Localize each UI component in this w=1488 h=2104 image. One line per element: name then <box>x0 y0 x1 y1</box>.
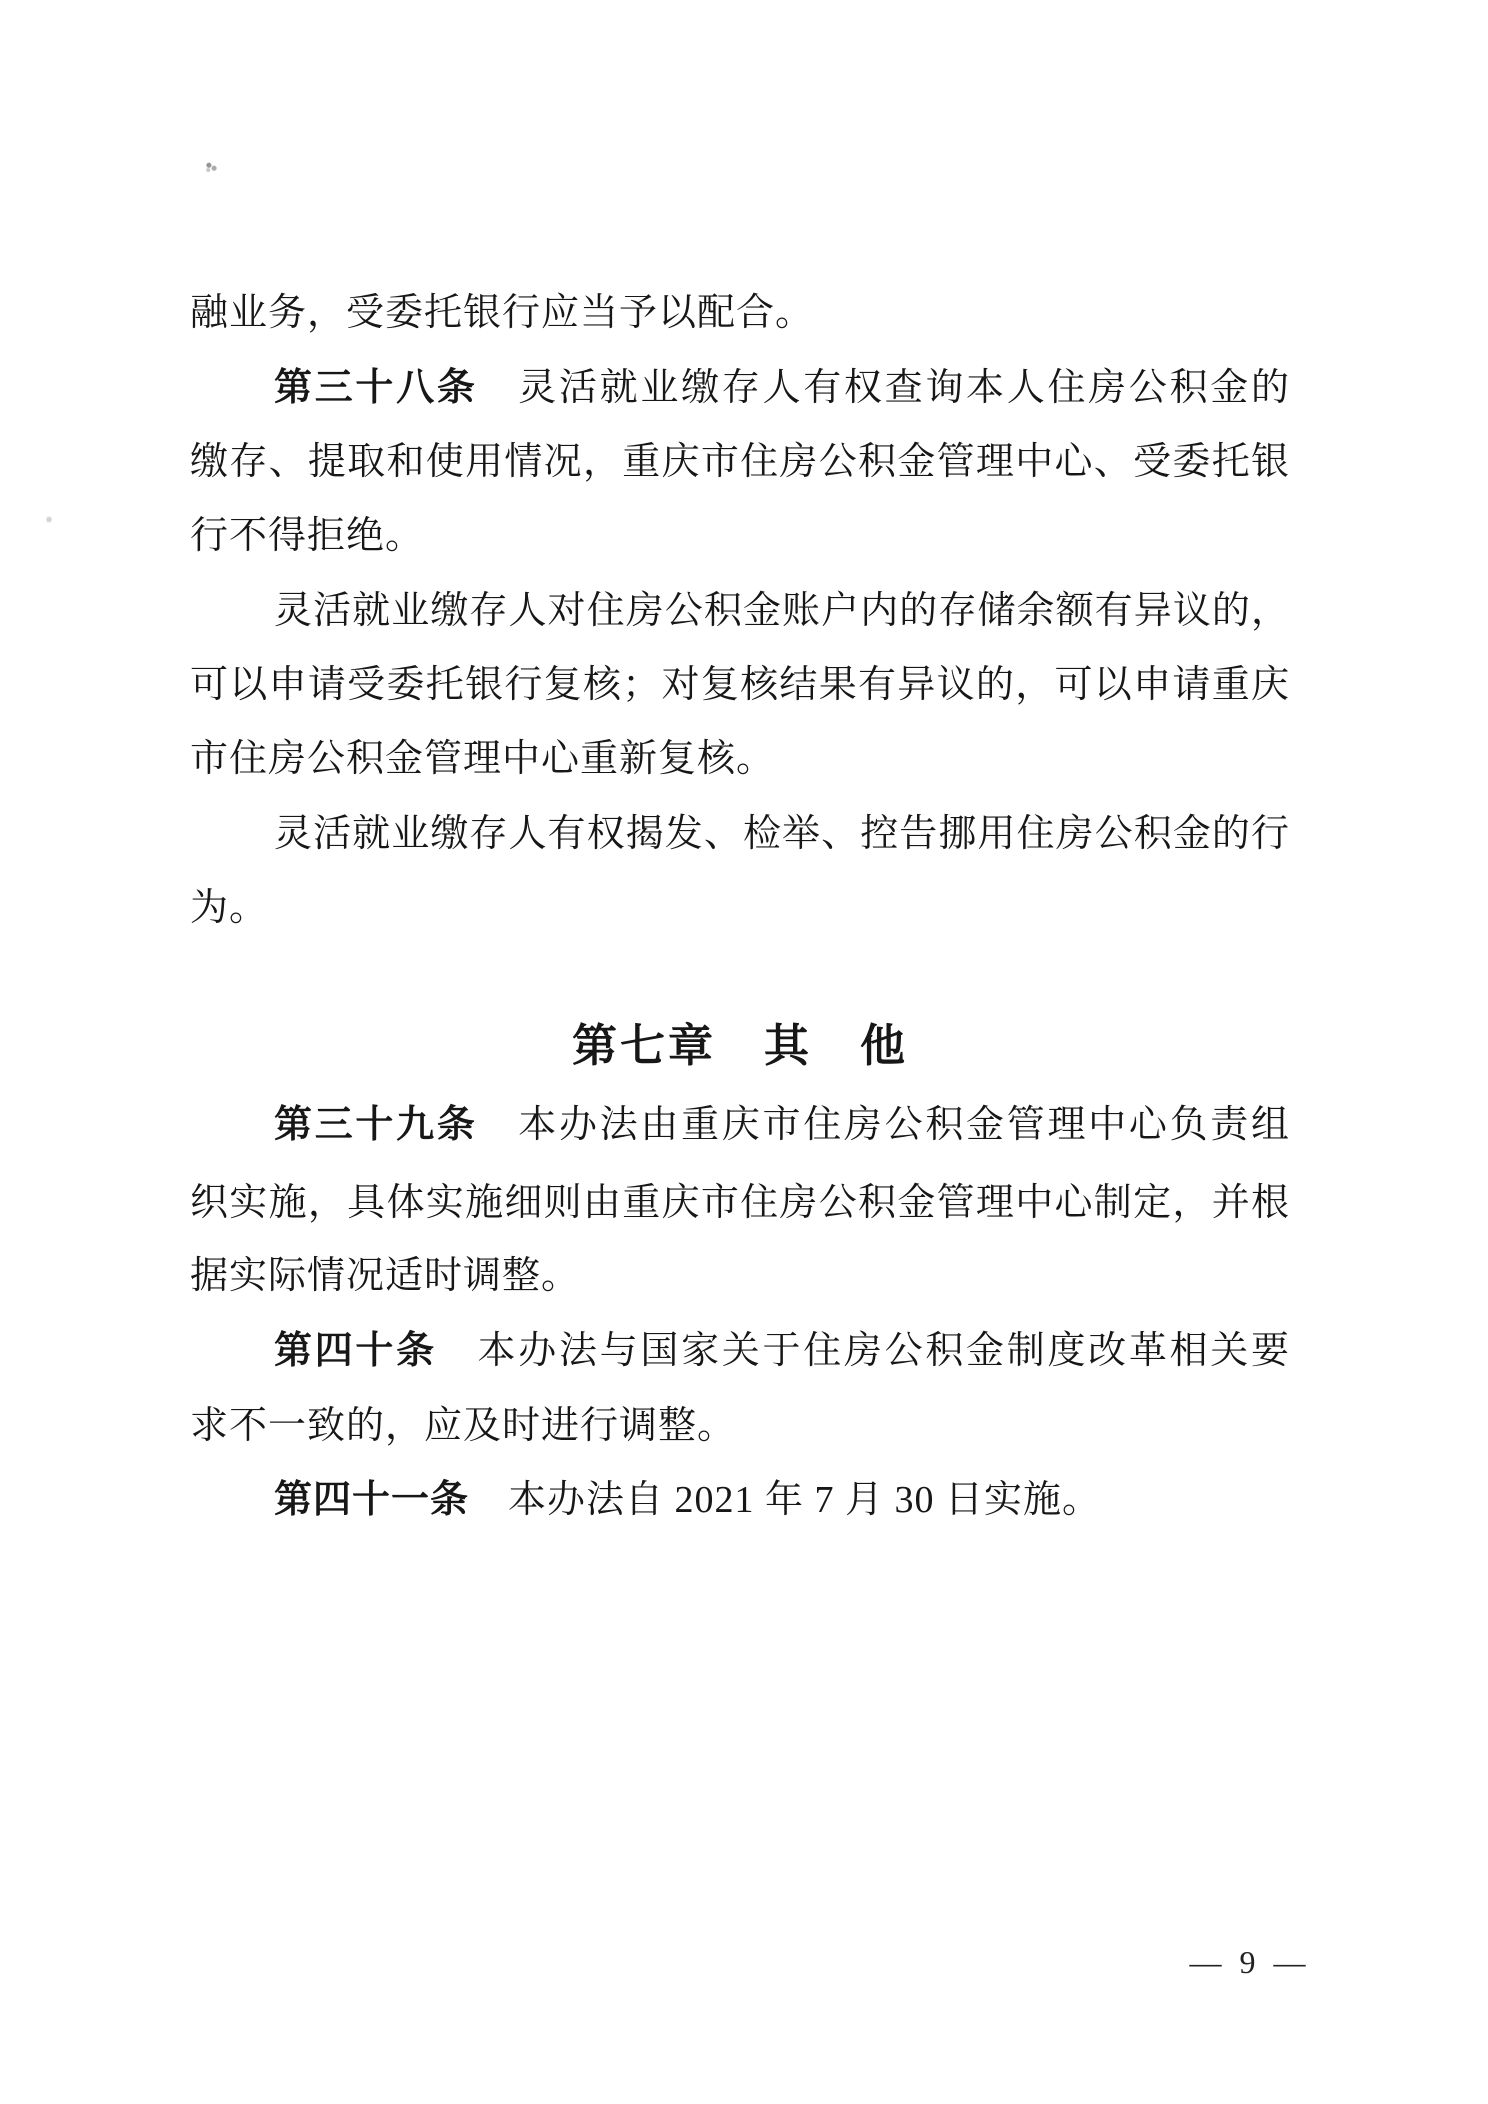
line-text: 灵活就业缴存人有权揭发、检举、控告挪用住房公积金的行 <box>274 813 1290 855</box>
paragraph-line: 第四十条 本办法与国家关于住房公积金制度改革相关要 <box>190 1325 1290 1377</box>
article-number: 第三十九条 <box>274 1104 478 1146</box>
scan-speckle <box>44 515 54 524</box>
line-text: 据实际情况适时调整。 <box>190 1255 580 1297</box>
line-text: 市住房公积金管理中心重新复核。 <box>190 738 775 780</box>
paragraph-line: 缴存、提取和使用情况，重庆市住房公积金管理中心、受委托银 <box>190 436 1290 488</box>
paragraph-line: 第三十九条 本办法由重庆市住房公积金管理中心负责组 <box>190 1099 1290 1151</box>
paragraph-line: 市住房公积金管理中心重新复核。 <box>190 733 1290 785</box>
line-text: 为。 <box>190 887 268 929</box>
line-text: 可以申请受委托银行复核；对复核结果有异议的，可以申请重庆 <box>190 664 1290 706</box>
line-text: 本办法与国家关于住房公积金制度改革相关要 <box>437 1330 1290 1372</box>
paragraph-line: 灵活就业缴存人对住房公积金账户内的存储余额有异议的， <box>190 585 1290 637</box>
line-text: 灵活就业缴存人对住房公积金账户内的存储余额有异议的， <box>274 590 1290 632</box>
paragraph-line: 第三十八条 灵活就业缴存人有权查询本人住房公积金的 <box>190 362 1290 414</box>
page-number: — 9 — <box>1150 1944 1350 1981</box>
line-text: 织实施，具体实施细则由重庆市住房公积金管理中心制定，并根 <box>190 1182 1290 1224</box>
line-text: 本办法自 2021 年 7 月 30 日实施。 <box>469 1479 1101 1521</box>
paragraph-line: 可以申请受委托银行复核；对复核结果有异议的，可以申请重庆 <box>190 659 1290 711</box>
line-text: 缴存、提取和使用情况，重庆市住房公积金管理中心、受委托银 <box>190 441 1290 483</box>
article-number: 第三十八条 <box>274 367 478 409</box>
article-number: 第四十条 <box>274 1330 437 1372</box>
paragraph-line: 织实施，具体实施细则由重庆市住房公积金管理中心制定，并根 <box>190 1177 1290 1229</box>
paragraph-line: 灵活就业缴存人有权揭发、检举、控告挪用住房公积金的行 <box>190 808 1290 860</box>
chapter-heading: 第七章 其 他 <box>190 1016 1290 1076</box>
line-text: 本办法由重庆市住房公积金管理中心负责组 <box>478 1104 1290 1146</box>
paragraph-line: 求不一致的，应及时进行调整。 <box>190 1400 1290 1452</box>
line-text: 灵活就业缴存人有权查询本人住房公积金的 <box>478 367 1290 409</box>
scan-speckle <box>204 161 218 173</box>
paragraph-line: 行不得拒绝。 <box>190 510 1290 562</box>
paragraph-line: 据实际情况适时调整。 <box>190 1250 1290 1302</box>
line-text: 求不一致的，应及时进行调整。 <box>190 1405 736 1447</box>
article-number: 第四十一条 <box>274 1479 469 1521</box>
line-text: 融业务，受委托银行应当予以配合。 <box>190 292 814 334</box>
paragraph-line: 融业务，受委托银行应当予以配合。 <box>190 287 1290 339</box>
paragraph-line: 第四十一条 本办法自 2021 年 7 月 30 日实施。 <box>190 1474 1290 1526</box>
paragraph-line: 为。 <box>190 882 1290 934</box>
document-page: 融业务，受委托银行应当予以配合。 第三十八条 灵活就业缴存人有权查询本人住房公积… <box>0 0 1488 2104</box>
line-text: 行不得拒绝。 <box>190 515 424 557</box>
